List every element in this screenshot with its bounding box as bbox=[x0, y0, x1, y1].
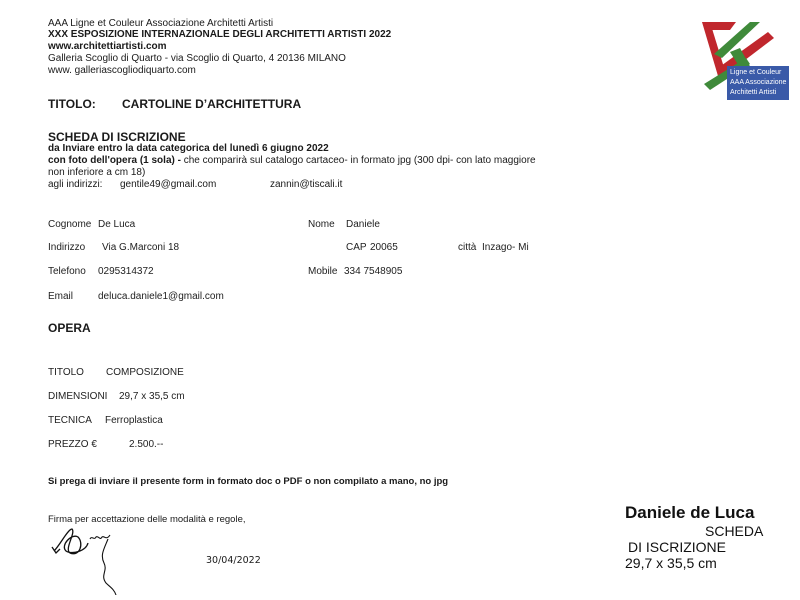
cognome-field[interactable]: De Luca bbox=[98, 219, 135, 230]
cap-field[interactable]: 20065 bbox=[370, 242, 398, 253]
prezzo-field[interactable]: 2.500.-- bbox=[129, 439, 163, 450]
telefono-label: Telefono bbox=[48, 266, 86, 277]
opera-titolo-field[interactable]: COMPOSIZIONE bbox=[106, 367, 184, 378]
email-address-1[interactable]: gentile49@gmail.com bbox=[120, 179, 216, 191]
prezzo-label: PREZZO € bbox=[48, 439, 97, 450]
side-label-block: Daniele de Luca SCHEDA DI ISCRIZIONE 29,… bbox=[625, 503, 763, 571]
dimensioni-field[interactable]: 29,7 x 35,5 cm bbox=[119, 391, 185, 402]
photo-instructions-rest: che comparirà sul catalogo cartaceo- in … bbox=[181, 155, 536, 166]
header-gallery-website: www. galleriascogliodiquarto.com bbox=[48, 65, 196, 77]
email-field[interactable]: deluca.daniele1@gmail.com bbox=[98, 291, 224, 302]
submission-notice: Si prega di inviare il presente form in … bbox=[48, 476, 448, 487]
cap-label: CAP bbox=[346, 242, 367, 253]
indirizzo-field[interactable]: Via G.Marconi 18 bbox=[102, 242, 179, 253]
logo-text-3: Architetti Artisti bbox=[730, 88, 786, 98]
dimensioni-label: DIMENSIONI bbox=[48, 391, 107, 402]
cognome-label: Cognome bbox=[48, 219, 91, 230]
title-value: CARTOLINE D’ARCHITETTURA bbox=[122, 97, 301, 111]
header-exhibition: XXX ESPOSIZIONE INTERNAZIONALE DEGLI ARC… bbox=[48, 29, 391, 41]
side-label-line-3: 29,7 x 35,5 cm bbox=[625, 555, 763, 571]
mobile-label: Mobile bbox=[308, 266, 337, 277]
logo-text-1: Ligne et Couleur bbox=[730, 68, 786, 78]
email-label: Email bbox=[48, 291, 73, 302]
side-label-line-1: SCHEDA bbox=[625, 523, 763, 539]
opera-titolo-label: TITOLO bbox=[48, 367, 84, 378]
citta-label: città bbox=[458, 242, 476, 253]
nome-label: Nome bbox=[308, 219, 335, 230]
scheda-photo-instructions-2: non inferiore a cm 18) bbox=[48, 167, 145, 179]
tecnica-field[interactable]: Ferroplastica bbox=[105, 415, 163, 426]
artist-name: Daniele de Luca bbox=[625, 503, 763, 523]
indirizzo-label: Indirizzo bbox=[48, 242, 85, 253]
header-association: AAA Ligne et Couleur Associazione Archit… bbox=[48, 18, 273, 30]
citta-field[interactable]: Inzago- Mi bbox=[482, 242, 529, 253]
scheda-deadline: da Inviare entro la data categorica del … bbox=[48, 143, 329, 154]
logo-text-2: AAA Associazione bbox=[730, 78, 786, 88]
nome-field[interactable]: Daniele bbox=[346, 219, 380, 230]
scheda-heading: SCHEDA DI ISCRIZIONE bbox=[48, 130, 186, 144]
side-label-line-2: DI ISCRIZIONE bbox=[625, 539, 763, 555]
header-gallery-address: Galleria Scoglio di Quarto - via Scoglio… bbox=[48, 53, 346, 65]
email-address-2[interactable]: zannin@tiscali.it bbox=[270, 179, 342, 191]
association-logo: Ligne et Couleur AAA Associazione Archit… bbox=[700, 18, 790, 100]
addresses-label: agli indirizzi: bbox=[48, 179, 102, 191]
title-label: TITOLO: bbox=[48, 97, 96, 111]
signature-date: 30/04/2022 bbox=[206, 555, 261, 567]
logo-banner: Ligne et Couleur AAA Associazione Archit… bbox=[727, 66, 789, 100]
telefono-field[interactable]: 0295314372 bbox=[98, 266, 154, 277]
mobile-field[interactable]: 334 7548905 bbox=[344, 266, 402, 277]
signature-scribble-icon bbox=[50, 525, 140, 595]
tecnica-label: TECNICA bbox=[48, 415, 92, 426]
photo-instructions-bold: con foto dell'opera (1 sola) - bbox=[48, 155, 181, 166]
scheda-photo-instructions: con foto dell'opera (1 sola) - che compa… bbox=[48, 155, 536, 167]
opera-heading: OPERA bbox=[48, 321, 91, 335]
header-website: www.architettiartisti.com bbox=[48, 41, 167, 53]
